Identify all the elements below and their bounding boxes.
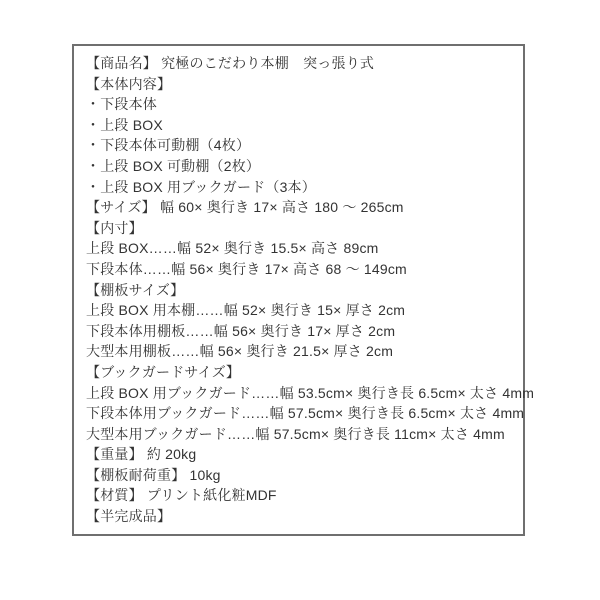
spec-line-load-capacity: 【棚板耐荷重】 10kg (86, 465, 513, 486)
spec-line-shelf-size-header: 【棚板サイズ】 (86, 280, 513, 301)
spec-line-bookguard-header: 【ブックガードサイズ】 (86, 362, 513, 383)
spec-line-inner-dim: 上段 BOX……幅 52× 奥行き 15.5× 高さ 89cm (86, 238, 513, 259)
spec-line-item: ・下段本体可動棚（4枚） (86, 135, 513, 156)
product-spec-panel: 【商品名】 究極のこだわり本棚 突っ張り式 【本体内容】 ・下段本体 ・上段 B… (72, 44, 525, 536)
spec-line-weight: 【重量】 約 20kg (86, 444, 513, 465)
spec-line-material: 【材質】 プリント紙化粧MDF (86, 485, 513, 506)
spec-line-shelf-size: 下段本体用棚板……幅 56× 奥行き 17× 厚さ 2cm (86, 321, 513, 342)
spec-line-item: ・上段 BOX 可動棚（2枚） (86, 156, 513, 177)
spec-line-inner-dim: 下段本体……幅 56× 奥行き 17× 高さ 68 ～ 149cm (86, 259, 513, 280)
spec-line-contents-header: 【本体内容】 (86, 74, 513, 95)
spec-line-item: ・上段 BOX 用ブックガード（3本） (86, 177, 513, 198)
spec-line-inner-dim-header: 【内寸】 (86, 218, 513, 239)
spec-line-size: 【サイズ】 幅 60× 奥行き 17× 高さ 180 ～ 265cm (86, 197, 513, 218)
page-background: 【商品名】 究極のこだわり本棚 突っ張り式 【本体内容】 ・下段本体 ・上段 B… (0, 0, 600, 600)
spec-line-shelf-size: 上段 BOX 用本棚……幅 52× 奥行き 15× 厚さ 2cm (86, 300, 513, 321)
spec-line-shelf-size: 大型本用棚板……幅 56× 奥行き 21.5× 厚さ 2cm (86, 341, 513, 362)
spec-line-product-name: 【商品名】 究極のこだわり本棚 突っ張り式 (86, 53, 513, 74)
spec-line-item: ・下段本体 (86, 94, 513, 115)
spec-line-bookguard: 下段本体用ブックガード……幅 57.5cm× 奥行き長 6.5cm× 太さ 4m… (86, 403, 513, 424)
spec-line-bookguard: 上段 BOX 用ブックガード……幅 53.5cm× 奥行き長 6.5cm× 太さ… (86, 383, 513, 404)
spec-line-item: ・上段 BOX (86, 115, 513, 136)
spec-line-semi-finished: 【半完成品】 (86, 506, 513, 527)
spec-line-bookguard: 大型本用ブックガード……幅 57.5cm× 奥行き長 11cm× 太さ 4mm (86, 424, 513, 445)
